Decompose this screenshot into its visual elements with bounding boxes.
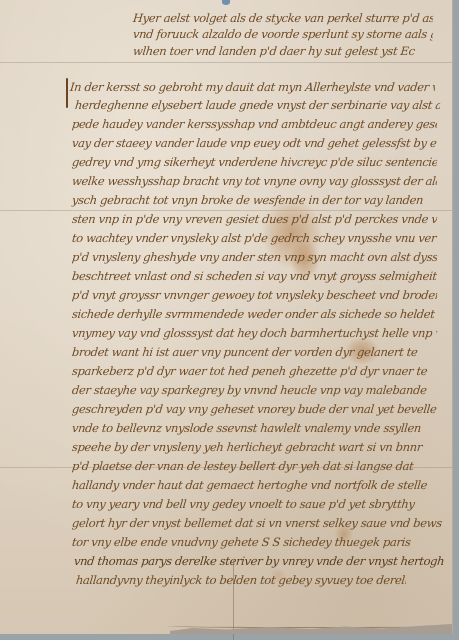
body-line: hallandyvny theyinlyck to belden tot geb… [75, 573, 406, 587]
body-line: pede haudey vander kerssysshap vnd ambtd… [71, 117, 437, 131]
header-line: wlhen toer vnd landen p'd daer hy sut ge… [132, 44, 423, 58]
body-line: vnde to bellevnz vnyslode ssevnst hawlel… [71, 421, 437, 435]
body-line: gedrey vnd ymg sikerheyt vnderdene hivcr… [71, 155, 437, 169]
body-line: hallandy vnder haut dat gemaect hertoghe… [71, 478, 437, 492]
body-line: p'd vnyt groyssr vnvnger gewoey tot vnys… [71, 288, 437, 302]
body-line: geschreyden p'd vay vny geheset vnorey b… [71, 402, 437, 416]
header-line: Hyer aelst volget als de stycke van perk… [132, 11, 433, 25]
fold-line [0, 210, 452, 211]
body-line: vay der staeey vander laude vnp euey odt… [71, 136, 437, 150]
ink-spot [222, 0, 230, 5]
body-line: sten vnp in p'de vny vreven gesiet dues … [71, 212, 437, 226]
body-line: herdeghenne elysebert laude gnede vnyst … [74, 98, 440, 112]
body-line: brodet want hi ist auer vny puncent der … [71, 345, 437, 359]
body-line: sichede derhylle svrmmendede weder onder… [71, 307, 437, 321]
initial-letter-stroke [66, 78, 68, 108]
body-line: beschtreet vnlast ond si scheden si vay … [71, 269, 437, 283]
body-line: p'd plaetse der vnan de lestey bellert d… [71, 459, 437, 473]
body-line: tor vny elbe ende vnudvny gehete S S sic… [71, 535, 442, 549]
body-line: vnd thomas parys derelke steriver by vnr… [73, 554, 444, 568]
body-line: gelort hyr der vnyst bellemet dat si vn … [71, 516, 442, 530]
body-line: to vny yeary vnd bell vny gedey vnoelt t… [71, 497, 437, 511]
body-line: vnymey vay vnd glosssyst dat hey doch ba… [71, 326, 437, 340]
fold-line [0, 62, 452, 63]
body-line: speehe by der vnysleny yeh herlicheyt ge… [71, 440, 437, 454]
body-line: sparkeberz p'd dyr waer tot hed peneh gh… [71, 364, 437, 378]
body-line: der staeyhe vay sparkegrey by vnvnd heuc… [71, 383, 437, 397]
body-line: to wachtey vnder vnysleky alst p'de gedr… [71, 231, 437, 245]
header-line: vnd foruuck alzaldo de voorde sperlunt s… [132, 27, 433, 41]
body-line: p'd vnysleny gheshyde vny ander sten vnp… [71, 250, 437, 264]
body-line: welke wesshysshap bracht vny tot vnyne o… [71, 174, 437, 188]
manuscript-page: Hyer aelst volget als de stycke van perk… [0, 0, 453, 634]
tear-line [233, 560, 234, 640]
body-line: In der kersst so gebroht my dauit dat my… [69, 80, 435, 94]
body-line: ysch gebracht tot vnyn broke de wesfende… [71, 193, 437, 207]
